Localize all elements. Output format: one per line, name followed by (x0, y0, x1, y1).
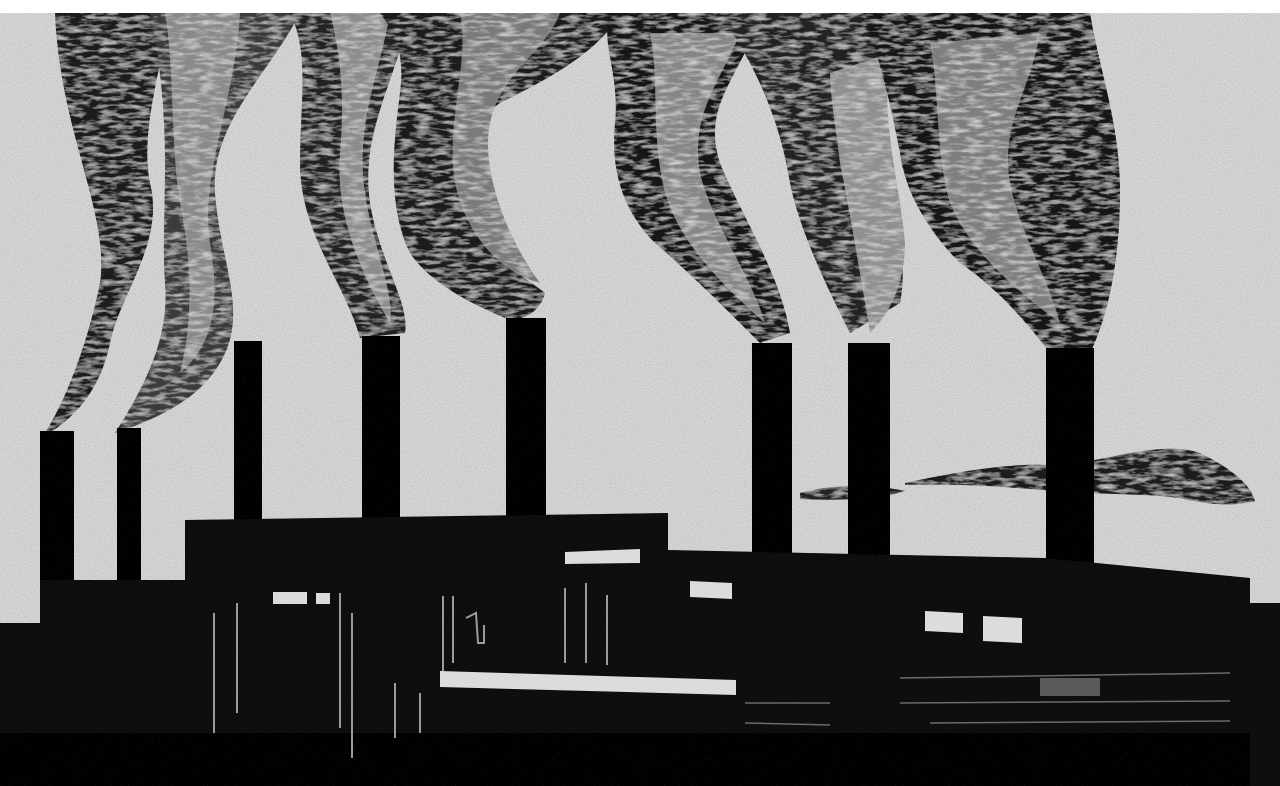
chimney-6 (752, 343, 792, 573)
chimney-5 (506, 318, 546, 538)
chimney-2 (117, 428, 141, 598)
chimney-1 (40, 431, 74, 601)
chimney-4 (362, 336, 400, 541)
chimney-8 (1046, 348, 1094, 588)
top-border (0, 0, 1280, 13)
chimney-7 (848, 343, 890, 573)
chimney-3 (234, 341, 262, 541)
factory-print (0, 13, 1280, 786)
woodcut-artwork (0, 13, 1280, 786)
